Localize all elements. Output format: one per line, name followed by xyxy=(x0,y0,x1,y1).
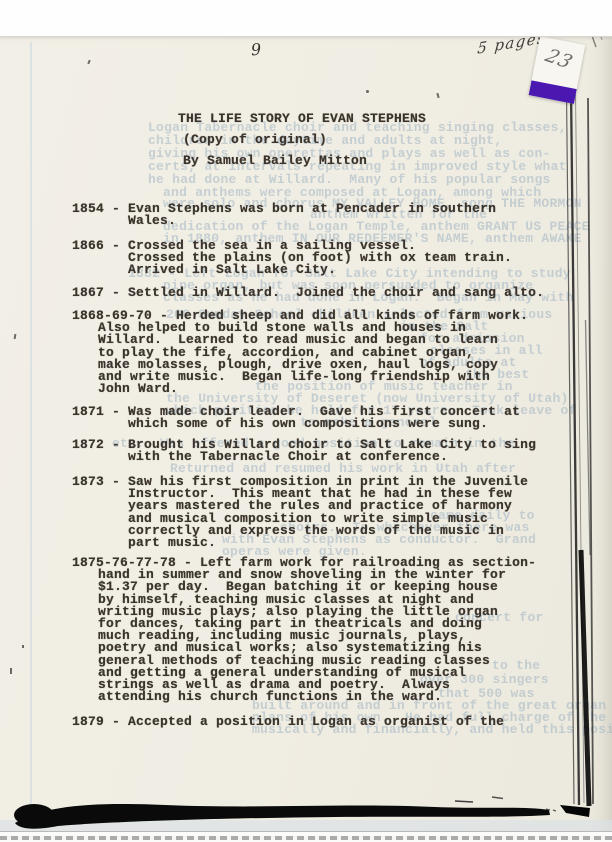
timeline-entry-1868-69-70: 1868-69-70 - Herded sheep and did all ki… xyxy=(72,310,603,395)
document-title: THE LIFE STORY OF EVAN STEPHENS xyxy=(178,113,426,125)
handwritten-page-number: 9 xyxy=(250,40,262,60)
timeline-entry-1871: 1871 - Was made choir leader. Gave his f… xyxy=(72,406,612,430)
timeline-entry-1879: 1879 - Accepted a position in Logan as o… xyxy=(72,716,612,728)
timeline-entry-1875-78: 1875-76-77-78 - Left farm work for railr… xyxy=(72,557,603,703)
stray-mark xyxy=(22,645,24,648)
timeline-entry-1872: 1872 - Brought his Willard choir to Salt… xyxy=(72,439,612,463)
document-byline: By Samuel Bailey Mitton xyxy=(183,155,367,167)
stray-mark xyxy=(10,668,12,674)
stray-mark xyxy=(366,90,369,93)
timeline-entry-1866: 1866 - Crossed the sea in a sailing vess… xyxy=(72,240,612,277)
scanned-document-page: Logan Tabernacle choir and teaching sing… xyxy=(0,0,612,842)
perforation-dashes xyxy=(0,836,612,840)
timeline-entry-1873: 1873 - Saw his first composition in prin… xyxy=(72,476,612,549)
tab-number: 23 xyxy=(541,45,577,73)
timeline-entry-1867: 1867 - Settled in Willard. Joined the ch… xyxy=(72,287,612,299)
timeline-entry-1854: 1854 - Evan Stephens was born at Pencade… xyxy=(72,203,612,227)
scanner-background-bottom xyxy=(0,831,612,842)
scanner-background-top xyxy=(0,0,612,37)
document-subtitle: (Copy of original) xyxy=(183,134,327,146)
